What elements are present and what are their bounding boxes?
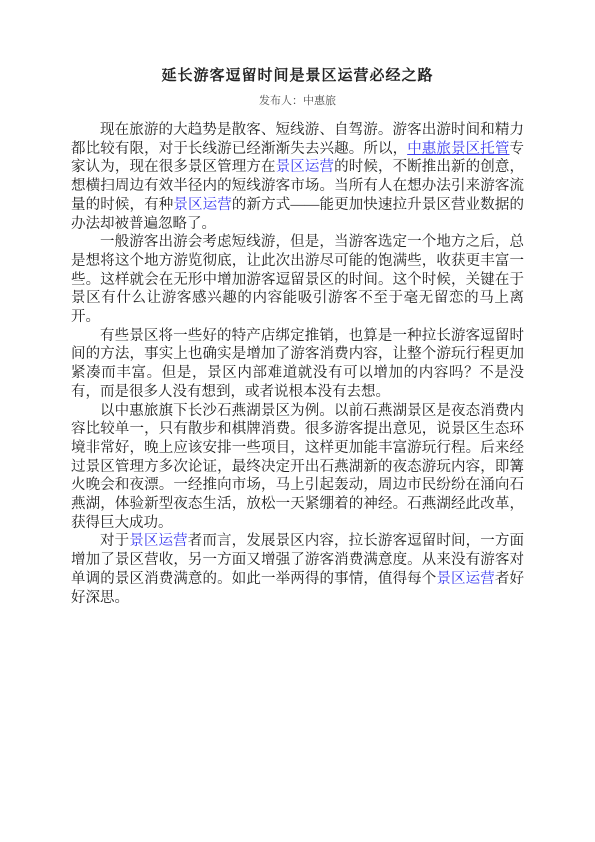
text-segment: 对于 [100,533,129,549]
article-body: 现在旅游的大趋势是散客、短线游、自驾游。游客出游时间和精力都比较有限，对于长线游… [71,121,524,607]
paragraph: 以中惠旅旗下长沙石燕湖景区为例。以前石燕湖景区是夜态消费内容比较单一，只有散步和… [71,402,524,533]
text-segment: 有些景区将一些好的特产店绑定推销，也算是一种拉长游客逗留时间的方法，事实上也确实… [71,328,524,400]
publisher-line: 发布人：中惠旅 [71,92,524,108]
paragraph: 现在旅游的大趋势是散客、短线游、自驾游。游客出游时间和精力都比较有限，对于长线游… [71,121,524,233]
document-page: 延长游客逗留时间是景区运营必经之路 发布人：中惠旅 现在旅游的大趋势是散客、短线… [0,0,595,842]
article-title: 延长游客逗留时间是景区运营必经之路 [71,64,524,85]
paragraph: 一般游客出游会考虑短线游，但是，当游客选定一个地方之后，总是想将这个地方游览彻底… [71,233,524,327]
inline-link[interactable]: 景区运营 [173,197,231,213]
paragraph: 有些景区将一些好的特产店绑定推销，也算是一种拉长游客逗留时间的方法，事实上也确实… [71,327,524,402]
inline-link[interactable]: 中惠旅景区托管 [407,141,509,157]
inline-link[interactable]: 景区运营 [276,159,334,175]
text-segment: 以中惠旅旗下长沙石燕湖景区为例。以前石燕湖景区是夜态消费内容比较单一，只有散步和… [71,403,524,531]
inline-link[interactable]: 景区运营 [129,533,188,549]
text-segment: 一般游客出游会考虑短线游，但是，当游客选定一个地方之后，总是想将这个地方游览彻底… [71,234,524,325]
inline-link[interactable]: 景区运营 [436,571,494,587]
paragraph: 对于景区运营者而言，发展景区内容，拉长游客逗留时间，一方面增加了景区营收，另一方… [71,532,524,607]
